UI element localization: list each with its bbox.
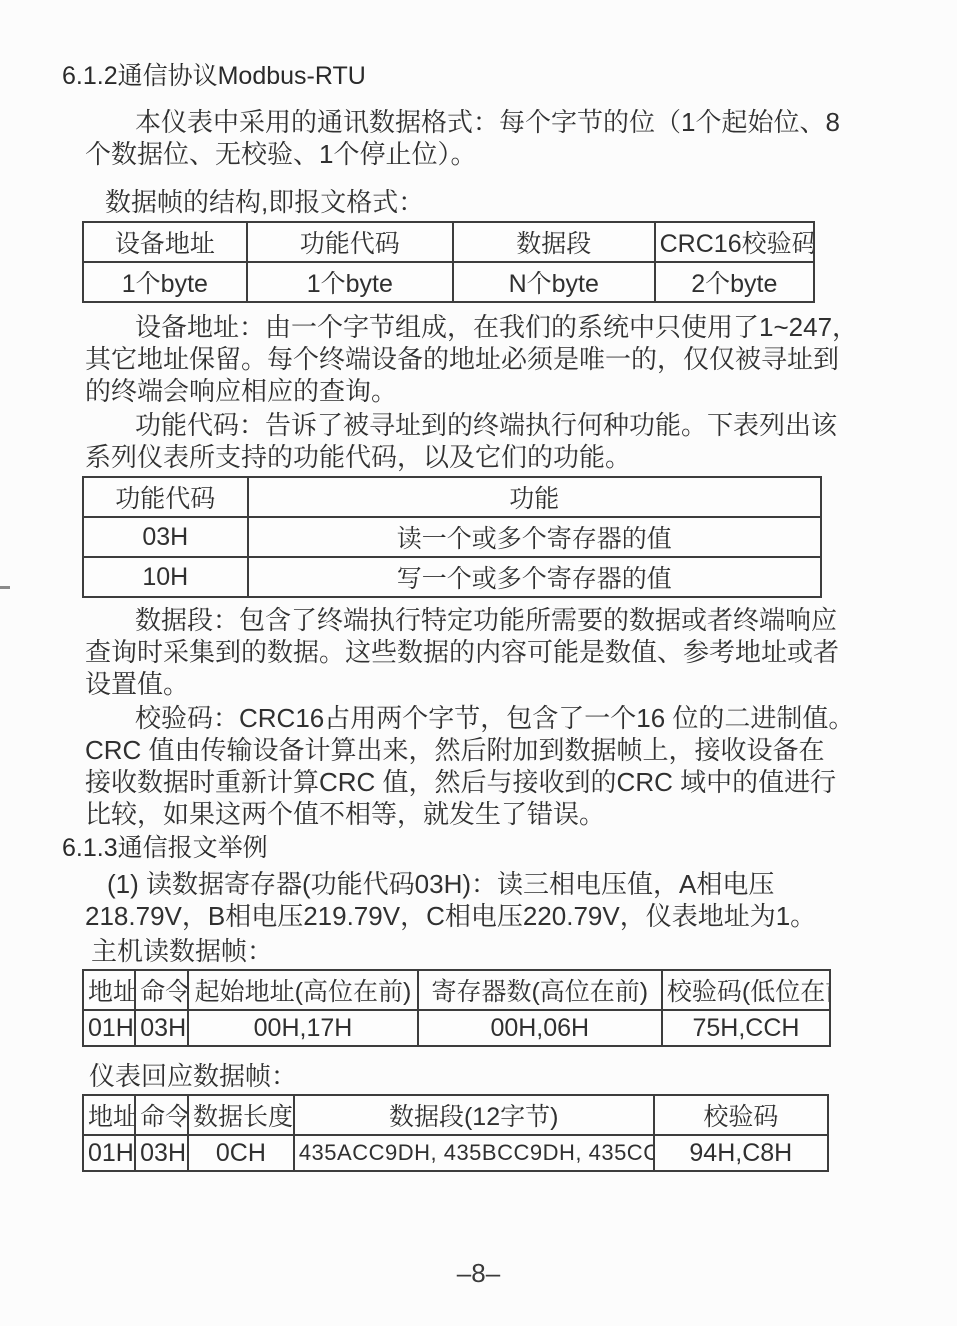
master-frame-label: 主机读数据帧： bbox=[91, 936, 937, 966]
table-row: 10H 写一个或多个寄存器的值 bbox=[83, 557, 821, 597]
text-line: 个数据位、无校验、1个停止位）。 bbox=[85, 138, 937, 170]
example-paragraph: (1) 读数据寄存器(功能代码03H)：读三相电压值，A相电压 218.79V，… bbox=[85, 868, 937, 932]
scan-artifact-mark bbox=[0, 586, 10, 589]
manual-page: 6.1.2通信协议Modbus-RTU 本仪表中采用的通讯数据格式：每个字节的位… bbox=[0, 0, 957, 1326]
table-cell: 03H bbox=[83, 517, 248, 557]
table-cell: 1个byte bbox=[247, 262, 453, 302]
table-cell: 0CH bbox=[188, 1135, 294, 1171]
table-cell: 写一个或多个寄存器的值 bbox=[248, 557, 821, 597]
table-cell: 00H,17H bbox=[188, 1010, 417, 1046]
page-content: 6.1.2通信协议Modbus-RTU 本仪表中采用的通讯数据格式：每个字节的位… bbox=[0, 60, 957, 1172]
table-header-cell: 设备地址 bbox=[83, 222, 247, 262]
table-header-cell: 功能代码 bbox=[83, 477, 248, 517]
table-row: 01H 03H 0CH 435ACC9DH, 435BCC9DH, 435CCC… bbox=[83, 1135, 828, 1171]
text-line: 设备地址：由一个字节组成，在我们的系统中只使用了1~247， bbox=[85, 311, 937, 343]
table-cell: 读一个或多个寄存器的值 bbox=[248, 517, 821, 557]
table-header-cell: 数据段(12字节) bbox=[294, 1095, 654, 1135]
frame-structure-caption: 数据帧的结构,即报文格式： bbox=[105, 186, 937, 218]
table-header-cell: 功能代码 bbox=[247, 222, 453, 262]
section-heading-612: 6.1.2通信协议Modbus-RTU bbox=[62, 60, 937, 92]
text-line: 功能代码：告诉了被寻址到的终端执行何种功能。下表列出该 bbox=[85, 409, 937, 441]
table-cell: 01H bbox=[83, 1135, 135, 1171]
table-cell: 435ACC9DH, 435BCC9DH, 435CCC9DH, bbox=[294, 1135, 654, 1171]
table-cell: 1个byte bbox=[83, 262, 247, 302]
text-line: 接收数据时重新计算CRC 值，然后与接收到的CRC 域中的值进行 bbox=[85, 766, 937, 798]
table-row: 01H 03H 00H,17H 00H,06H 75H,CCH bbox=[83, 1010, 830, 1046]
table-cell: 75H,CCH bbox=[662, 1010, 830, 1046]
table-cell: 01H bbox=[83, 1010, 135, 1046]
table-cell: 94H,C8H bbox=[654, 1135, 828, 1171]
text-line: 本仪表中采用的通讯数据格式：每个字节的位（1个起始位、8 bbox=[85, 106, 937, 138]
table-header-row: 设备地址 功能代码 数据段 CRC16校验码 bbox=[83, 222, 814, 262]
response-frame-table: 地址 命令 数据长度 数据段(12字节) 校验码 01H 03H 0CH 435… bbox=[82, 1094, 829, 1172]
table-row: 1个byte 1个byte N个byte 2个byte bbox=[83, 262, 814, 302]
response-frame-label: 仪表回应数据帧： bbox=[89, 1061, 937, 1091]
crc-paragraph: 校验码：CRC16占用两个字节，包含了一个16 位的二进制值。 CRC 值由传输… bbox=[85, 702, 937, 830]
text-line: 系列仪表所支持的功能代码，以及它们的功能。 bbox=[85, 441, 937, 473]
table-header-cell: 命令 bbox=[135, 1095, 188, 1135]
table-header-row: 功能代码 功能 bbox=[83, 477, 821, 517]
text-line: 的终端会响应相应的查询。 bbox=[85, 375, 937, 407]
text-line: 查询时采集到的数据。这些数据的内容可能是数值、参考地址或者 bbox=[85, 636, 937, 668]
table-header-cell: 校验码 bbox=[654, 1095, 828, 1135]
table-cell: 00H,06H bbox=[418, 1010, 662, 1046]
function-code-table: 功能代码 功能 03H 读一个或多个寄存器的值 10H 写一个或多个寄存器的值 bbox=[82, 476, 822, 598]
master-read-frame-table: 地址 命令 起始地址(高位在前) 寄存器数(高位在前) 校验码(低位在前) 01… bbox=[82, 969, 831, 1047]
text-line: 比较，如果这两个值不相等，就发生了错误。 bbox=[85, 798, 937, 830]
table-header-cell: 地址 bbox=[83, 1095, 135, 1135]
text-line: (1) 读数据寄存器(功能代码03H)：读三相电压值，A相电压 bbox=[85, 868, 937, 900]
table-header-cell: 功能 bbox=[248, 477, 821, 517]
table-header-cell: 起始地址(高位在前) bbox=[188, 970, 417, 1010]
frame-format-table: 设备地址 功能代码 数据段 CRC16校验码 1个byte 1个byte N个b… bbox=[82, 221, 815, 303]
table-row: 03H 读一个或多个寄存器的值 bbox=[83, 517, 821, 557]
table-header-cell: CRC16校验码 bbox=[655, 222, 814, 262]
text-line: 其它地址保留。每个终端设备的地址必须是唯一的，仅仅被寻址到 bbox=[85, 343, 937, 375]
table-cell: 2个byte bbox=[655, 262, 814, 302]
table-header-cell: 地址 bbox=[83, 970, 135, 1010]
intro-paragraph: 本仪表中采用的通讯数据格式：每个字节的位（1个起始位、8 个数据位、无校验、1个… bbox=[85, 106, 937, 170]
text-line: CRC 值由传输设备计算出来，然后附加到数据帧上，接收设备在 bbox=[85, 734, 937, 766]
text-line: 218.79V，B相电压219.79V，C相电压220.79V，仪表地址为1。 bbox=[85, 900, 937, 932]
text-line: 设置值。 bbox=[85, 668, 937, 700]
device-address-paragraph: 设备地址：由一个字节组成，在我们的系统中只使用了1~247， 其它地址保留。每个… bbox=[85, 311, 937, 407]
section-heading-613: 6.1.3通信报文举例 bbox=[62, 832, 937, 864]
text-line: 校验码：CRC16占用两个字节，包含了一个16 位的二进制值。 bbox=[85, 702, 937, 734]
table-header-cell: 数据长度 bbox=[188, 1095, 294, 1135]
data-segment-paragraph: 数据段：包含了终端执行特定功能所需要的数据或者终端响应 查询时采集到的数据。这些… bbox=[85, 604, 937, 700]
table-header-cell: 寄存器数(高位在前) bbox=[418, 970, 662, 1010]
table-header-row: 地址 命令 起始地址(高位在前) 寄存器数(高位在前) 校验码(低位在前) bbox=[83, 970, 830, 1010]
table-header-row: 地址 命令 数据长度 数据段(12字节) 校验码 bbox=[83, 1095, 828, 1135]
function-code-paragraph: 功能代码：告诉了被寻址到的终端执行何种功能。下表列出该 系列仪表所支持的功能代码… bbox=[85, 409, 937, 473]
table-cell: 10H bbox=[83, 557, 248, 597]
page-number: –8– bbox=[0, 1258, 957, 1289]
text-line: 数据段：包含了终端执行特定功能所需要的数据或者终端响应 bbox=[85, 604, 937, 636]
table-cell: 03H bbox=[135, 1135, 188, 1171]
table-header-cell: 数据段 bbox=[453, 222, 655, 262]
table-cell: 03H bbox=[135, 1010, 188, 1046]
table-header-cell: 校验码(低位在前) bbox=[662, 970, 830, 1010]
table-cell: N个byte bbox=[453, 262, 655, 302]
table-header-cell: 命令 bbox=[135, 970, 188, 1010]
